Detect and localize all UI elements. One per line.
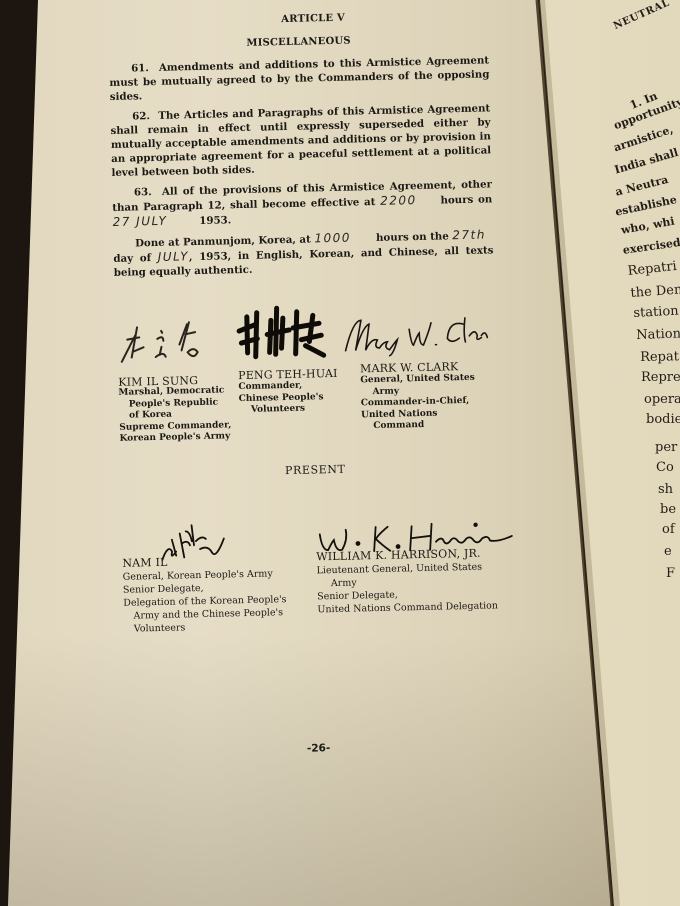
signatory-title-block: General, United States Army Commander-in… — [360, 373, 476, 433]
signature-mark-w-clark — [341, 307, 492, 360]
title-line: United Nations Command Delegation — [317, 599, 498, 616]
right-page-line-fragment: station — [633, 304, 679, 321]
handwritten-signing-day: 27th — [452, 227, 486, 242]
paragraph-62: 62. The Articles and Paragraphs of this … — [110, 101, 491, 180]
paragraph-text: The Articles and Paragraphs of this Armi… — [110, 102, 491, 179]
right-page-line-fragment: be — [660, 502, 676, 517]
right-page-line-fragment: a Neutra — [614, 173, 670, 199]
signature-nam-il — [155, 518, 256, 570]
paragraph-number: 62. — [132, 110, 150, 122]
right-page-line-fragment: opera — [644, 392, 680, 407]
right-page-line-fragment: of — [662, 522, 675, 537]
signatory-title-block: Marshal, Democratic People's Republic of… — [118, 385, 231, 445]
right-page-line-fragment: F — [666, 566, 675, 581]
right-page-line-fragment: exercised — [622, 236, 680, 257]
delegates-block: NAM IL General, Korean People's Army Sen… — [120, 542, 503, 701]
right-page-line-fragment: Co — [656, 460, 674, 475]
title-line: Volunteers — [239, 403, 324, 416]
handwritten-effective-time: 2200 — [380, 193, 417, 208]
signature-peng-teh-huai — [233, 301, 334, 365]
done-at-prefix: Done at Panmunjom, Korea, at — [135, 233, 311, 249]
section-heading: MISCELLANEOUS — [109, 32, 489, 52]
paragraph-text: Amendments and additions to this Armisti… — [109, 54, 489, 103]
right-page-line-fragment: Nation — [636, 326, 680, 343]
handwritten-signing-month: JULY — [158, 249, 190, 264]
right-page-line-fragment: who, whi — [620, 215, 676, 237]
paragraph-number: 63. — [134, 186, 152, 198]
right-page-line-fragment: per — [655, 440, 677, 455]
left-page-content: ARTICLE V MISCELLANEOUS 61. Amendments a… — [108, 9, 505, 758]
title-line: Volunteers — [124, 619, 288, 636]
handwritten-signing-time: 1000 — [314, 231, 351, 246]
hours-label: hours — [440, 194, 473, 207]
title-line: Chinese People's — [239, 392, 324, 405]
done-at-paragraph: Done at Panmunjom, Korea, at 1000 hours … — [113, 227, 494, 280]
right-page-line-fragment: sh — [658, 482, 673, 497]
year-label: 1953. — [199, 214, 231, 227]
signatory-title-block: Commander, Chinese People's Volunteers — [238, 380, 324, 416]
title-line: Command — [361, 419, 476, 433]
on-label: on — [478, 193, 492, 205]
delegate-title-block: General, Korean People's Army Senior Del… — [123, 567, 288, 636]
signature-kim-il-sung — [117, 315, 228, 367]
handwritten-effective-date: 27 JULY — [112, 214, 167, 229]
right-page-line-fragment: e — [664, 544, 672, 559]
paragraph-61: 61. Amendments and additions to this Arm… — [109, 53, 490, 104]
right-page-line-fragment: Repatri — [627, 259, 677, 279]
delegate-name: NAM IL — [122, 556, 167, 570]
signatories-block: KIM IL SUNG Marshal, Democratic People's… — [115, 321, 498, 470]
right-page-heading: NEUTRAL — [612, 0, 672, 32]
day-of-label: day of — [113, 252, 151, 265]
title-line: Korean People's Army — [119, 431, 231, 445]
right-page-line-fragment: the Den — [630, 282, 680, 301]
right-page-line-fragment: Repre — [641, 370, 680, 385]
delegate-title-block: Lieutenant General, United States Army S… — [316, 560, 498, 616]
paragraph-number: 61. — [131, 62, 149, 74]
right-page-line-fragment: bodie — [646, 412, 680, 427]
hours-on-the-label: hours on the — [376, 230, 449, 244]
paragraph-63: 63. All of the provisions of this Armist… — [112, 177, 493, 230]
right-page-line-fragment: Repat — [640, 349, 679, 365]
paragraph-text: All of the provisions of this Armistice … — [112, 178, 492, 214]
